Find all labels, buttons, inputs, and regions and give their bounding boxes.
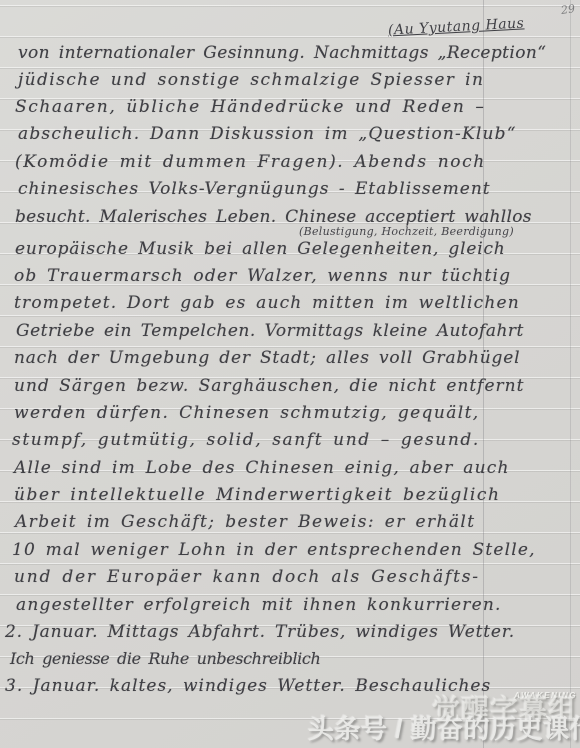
handwriting-line: 3. Januar. kaltes, windiges Wetter. Besc… bbox=[5, 677, 491, 697]
handwriting-line: trompetet. Dort gab es auch mitten im we… bbox=[14, 294, 520, 314]
handwriting-line: von internationaler Gesinnung. Nachmitta… bbox=[18, 44, 546, 64]
handwriting-line: Ich geniesse die Ruhe unbeschreiblich bbox=[10, 650, 320, 668]
handwriting-line: (Komödie mit dummen Fragen). Abends noch bbox=[15, 153, 486, 173]
diary-page: 29 (Au Yyutang Haus von internationaler … bbox=[0, 0, 580, 748]
handwriting-line: werden dürfen. Chinesen schmutzig, gequä… bbox=[14, 404, 480, 424]
page-edge-line bbox=[570, 0, 571, 748]
toutiao-watermark: 头条号 / 勤奋的历史课代表 bbox=[308, 709, 580, 746]
handwriting-line: nach der Umgebung der Stadt; alles voll … bbox=[14, 349, 520, 369]
handwriting-line: jüdische und sonstige schmalzige Spiesse… bbox=[18, 71, 484, 91]
handwriting-line: 10 mal weniger Lohn in der entsprechende… bbox=[12, 541, 536, 561]
page-number: 29 bbox=[560, 2, 576, 17]
handwriting-line: und Särgen bezw. Sarghäuschen, die nicht… bbox=[14, 377, 524, 397]
interlinear-note: (Belustigung, Hochzeit, Beerdigung) bbox=[299, 225, 514, 238]
handwriting-line: Getriebe ein Tempelchen. Vormittags klei… bbox=[16, 322, 524, 342]
handwriting-line: europäische Musik bei allen Gelegenheite… bbox=[15, 240, 506, 260]
handwriting-line: über intellektuelle Minderwertigkeit bez… bbox=[14, 486, 501, 506]
handwriting-line: abscheulich. Dann Diskussion im „Questio… bbox=[18, 125, 517, 145]
handwriting-line: und der Europäer kann doch als Geschäfts… bbox=[14, 568, 480, 588]
handwriting-line: angestellter erfolgreich mit ihnen konku… bbox=[16, 596, 502, 616]
handwriting-line: Alle sind im Lobe des Chinesen einig, ab… bbox=[14, 459, 510, 479]
handwriting-line: Arbeit im Geschäft; bester Beweis: er er… bbox=[15, 513, 475, 533]
handwriting-line: 2. Januar. Mittags Abfahrt. Trübes, wind… bbox=[5, 623, 515, 643]
handwriting-line: Schaaren, übliche Händedrücke und Reden … bbox=[15, 98, 486, 118]
handwriting-line: stumpf, gutmütig, solid, sanft und – ges… bbox=[12, 431, 480, 451]
handwriting-line: chinesisches Volks-Vergnügungs - Etablis… bbox=[18, 180, 491, 200]
handwriting-line: ob Trauermarsch oder Walzer, wenns nur t… bbox=[14, 267, 511, 287]
